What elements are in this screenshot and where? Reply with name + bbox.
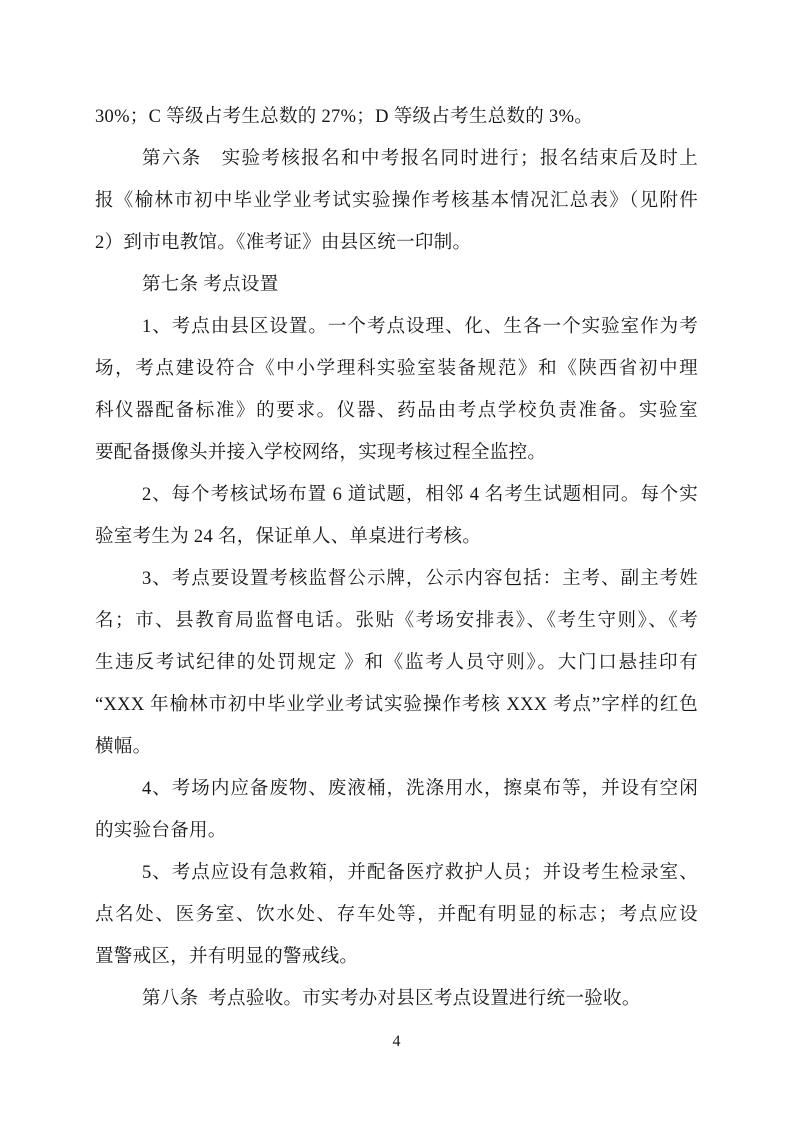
document-body: 30%；C 等级占考生总数的 27%；D 等级占考生总数的 3%。 第六条 实验… — [95, 96, 698, 1020]
text-line: “XXX 年榆林市初中毕业学业考试实验操作考核 XXX 考点”字样的红色 — [95, 684, 698, 726]
text-line: 1、考点由县区设置。一个考点设理、化、生各一个实验室作为考 — [95, 306, 698, 348]
text-line: 点名处、医务室、饮水处、存车处等，并配有明显的标志；考点应设 — [95, 894, 698, 936]
text-line: 验室考生为 24 名，保证单人、单桌进行考核。 — [95, 516, 698, 558]
text-line: 2）到市电教馆。《准考证》由县区统一印制。 — [95, 222, 698, 264]
text-line: 科仪器配备标准》的要求。仪器、药品由考点学校负责准备。实验室 — [95, 390, 698, 432]
text-line: 3、考点要设置考核监督公示牌，公示内容包括：主考、副主考姓 — [95, 558, 698, 600]
document-page: 30%；C 等级占考生总数的 27%；D 等级占考生总数的 3%。 第六条 实验… — [0, 0, 793, 1122]
text-line: 2、每个考核试场布置 6 道试题，相邻 4 名考生试题相同。每个实 — [95, 474, 698, 516]
text-line: 报《榆林市初中毕业学业考试实验操作考核基本情况汇总表》（见附件 — [95, 180, 698, 222]
text-line: 30%；C 等级占考生总数的 27%；D 等级占考生总数的 3%。 — [95, 96, 698, 138]
text-line: 场，考点建设符合《中小学理科实验室装备规范》和《陕西省初中理 — [95, 348, 698, 390]
text-line: 生违反考试纪律的处罚规定 》和《监考人员守则》。大门口悬挂印有 — [95, 642, 698, 684]
text-line: 第八条 考点验收。市实考办对县区考点设置进行统一验收。 — [95, 978, 698, 1020]
text-line: 名；市、县教育局监督电话。张贴《考场安排表》、《考生守则》、《考 — [95, 600, 698, 642]
text-line: 置警戒区，并有明显的警戒线。 — [95, 936, 698, 978]
text-line: 第六条 实验考核报名和中考报名同时进行；报名结束后及时上 — [95, 138, 698, 180]
text-line: 5、考点应设有急救箱，并配备医疗救护人员；并设考生检录室、 — [95, 852, 698, 894]
text-line: 4、考场内应备废物、废液桶，洗涤用水，擦桌布等，并设有空闲 — [95, 768, 698, 810]
text-line: 第七条 考点设置 — [95, 264, 698, 306]
text-line: 的实验台备用。 — [95, 810, 698, 852]
text-line: 要配备摄像头并接入学校网络，实现考核过程全监控。 — [95, 432, 698, 474]
text-line: 横幅。 — [95, 726, 698, 768]
page-number: 4 — [0, 1030, 793, 1054]
